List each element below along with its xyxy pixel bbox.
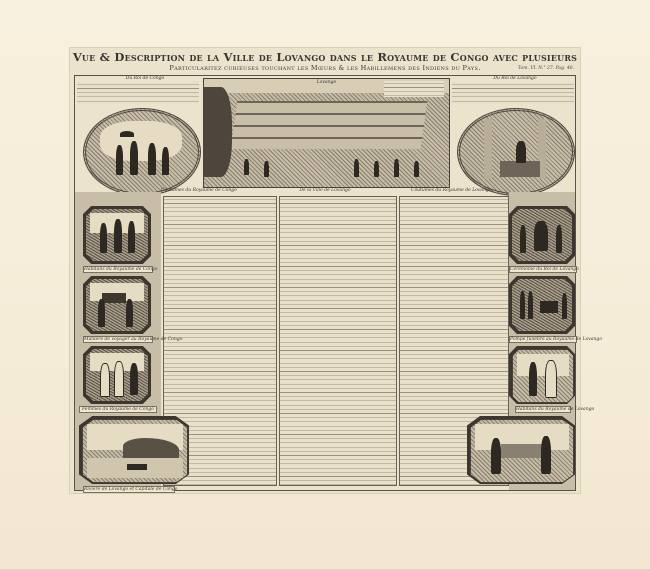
city-view-legend: [384, 81, 444, 97]
heading-roi-de-congo: Du Roi de Congo: [95, 76, 195, 81]
heading-coutumes-congo: Coutumes du Royaume de Congo: [161, 188, 231, 193]
left-vignette-3-caption: Femmes du Royaume de Congo: [79, 406, 157, 413]
left-vignette-1-caption: Habitans du Royaume de Congo: [83, 266, 153, 273]
plate-title-line2: Particularitez curieuses touchant les Mœ…: [70, 64, 580, 72]
left-vignette-4: [82, 419, 188, 483]
heading-coutumes-lovango: Coutumes du Royaume de Lovango: [411, 188, 491, 193]
outer-frame: Du Roi de Congo Lovango Du Roi de Lovang…: [74, 75, 576, 491]
city-view-lovango: Lovango: [203, 78, 450, 188]
oval-vignette-king-congo: [83, 108, 201, 196]
right-vignette-4-frame: [467, 416, 575, 484]
engraved-plate: Vue & Description de la Ville de Lovango…: [70, 48, 580, 493]
right-vignette-1-caption: Cérémonie du Roi de Lovango: [509, 266, 577, 273]
right-vignette-3: [512, 349, 574, 403]
right-vignette-1: [512, 209, 572, 261]
heading-ville-lovango: De la Ville de Lovango: [285, 188, 365, 193]
text-roi-de-congo: [77, 82, 199, 104]
oval-vignette-king-lovango: [457, 108, 575, 196]
left-vignette-1-frame: [83, 206, 151, 264]
right-vignette-2-caption: Pompe funèbre au Royaume de Lovango: [509, 336, 577, 343]
left-vignette-2: [86, 279, 148, 331]
right-vignette-3-frame: [509, 346, 575, 404]
left-vignette-2-frame: [83, 276, 151, 334]
left-vignette-3-frame: [83, 346, 151, 404]
heading-roi-de-lovango: Du Roi de Lovango: [465, 76, 565, 81]
city-view-label: Lovango: [304, 80, 349, 85]
right-vignette-4: [470, 419, 574, 483]
left-vignette-1: [86, 209, 148, 261]
right-vignette-2: [512, 279, 572, 331]
text-roi-de-lovango: [452, 82, 574, 104]
right-vignette-2-frame: [509, 276, 575, 334]
left-vignette-4-caption: Riviere de Lovango et Capitale de Congo: [83, 486, 175, 493]
plate-title-line1: Vue & Description de la Ville de Lovango…: [70, 50, 580, 64]
left-vignette-4-frame: [79, 416, 189, 484]
right-vignette-1-frame: [509, 206, 575, 264]
text-column-center: [279, 196, 397, 486]
trees-left: [204, 87, 232, 177]
right-vignette-3-caption: Habitans du Royaume de Lovango: [515, 406, 571, 413]
left-vignette-2-caption: Manière de voyager au Royaume de Congo: [83, 336, 153, 343]
left-vignette-3: [86, 349, 148, 401]
plate-reference: Tom. VI. N.° 27. Pag. 46.: [518, 66, 574, 71]
city-grid: [231, 101, 428, 149]
